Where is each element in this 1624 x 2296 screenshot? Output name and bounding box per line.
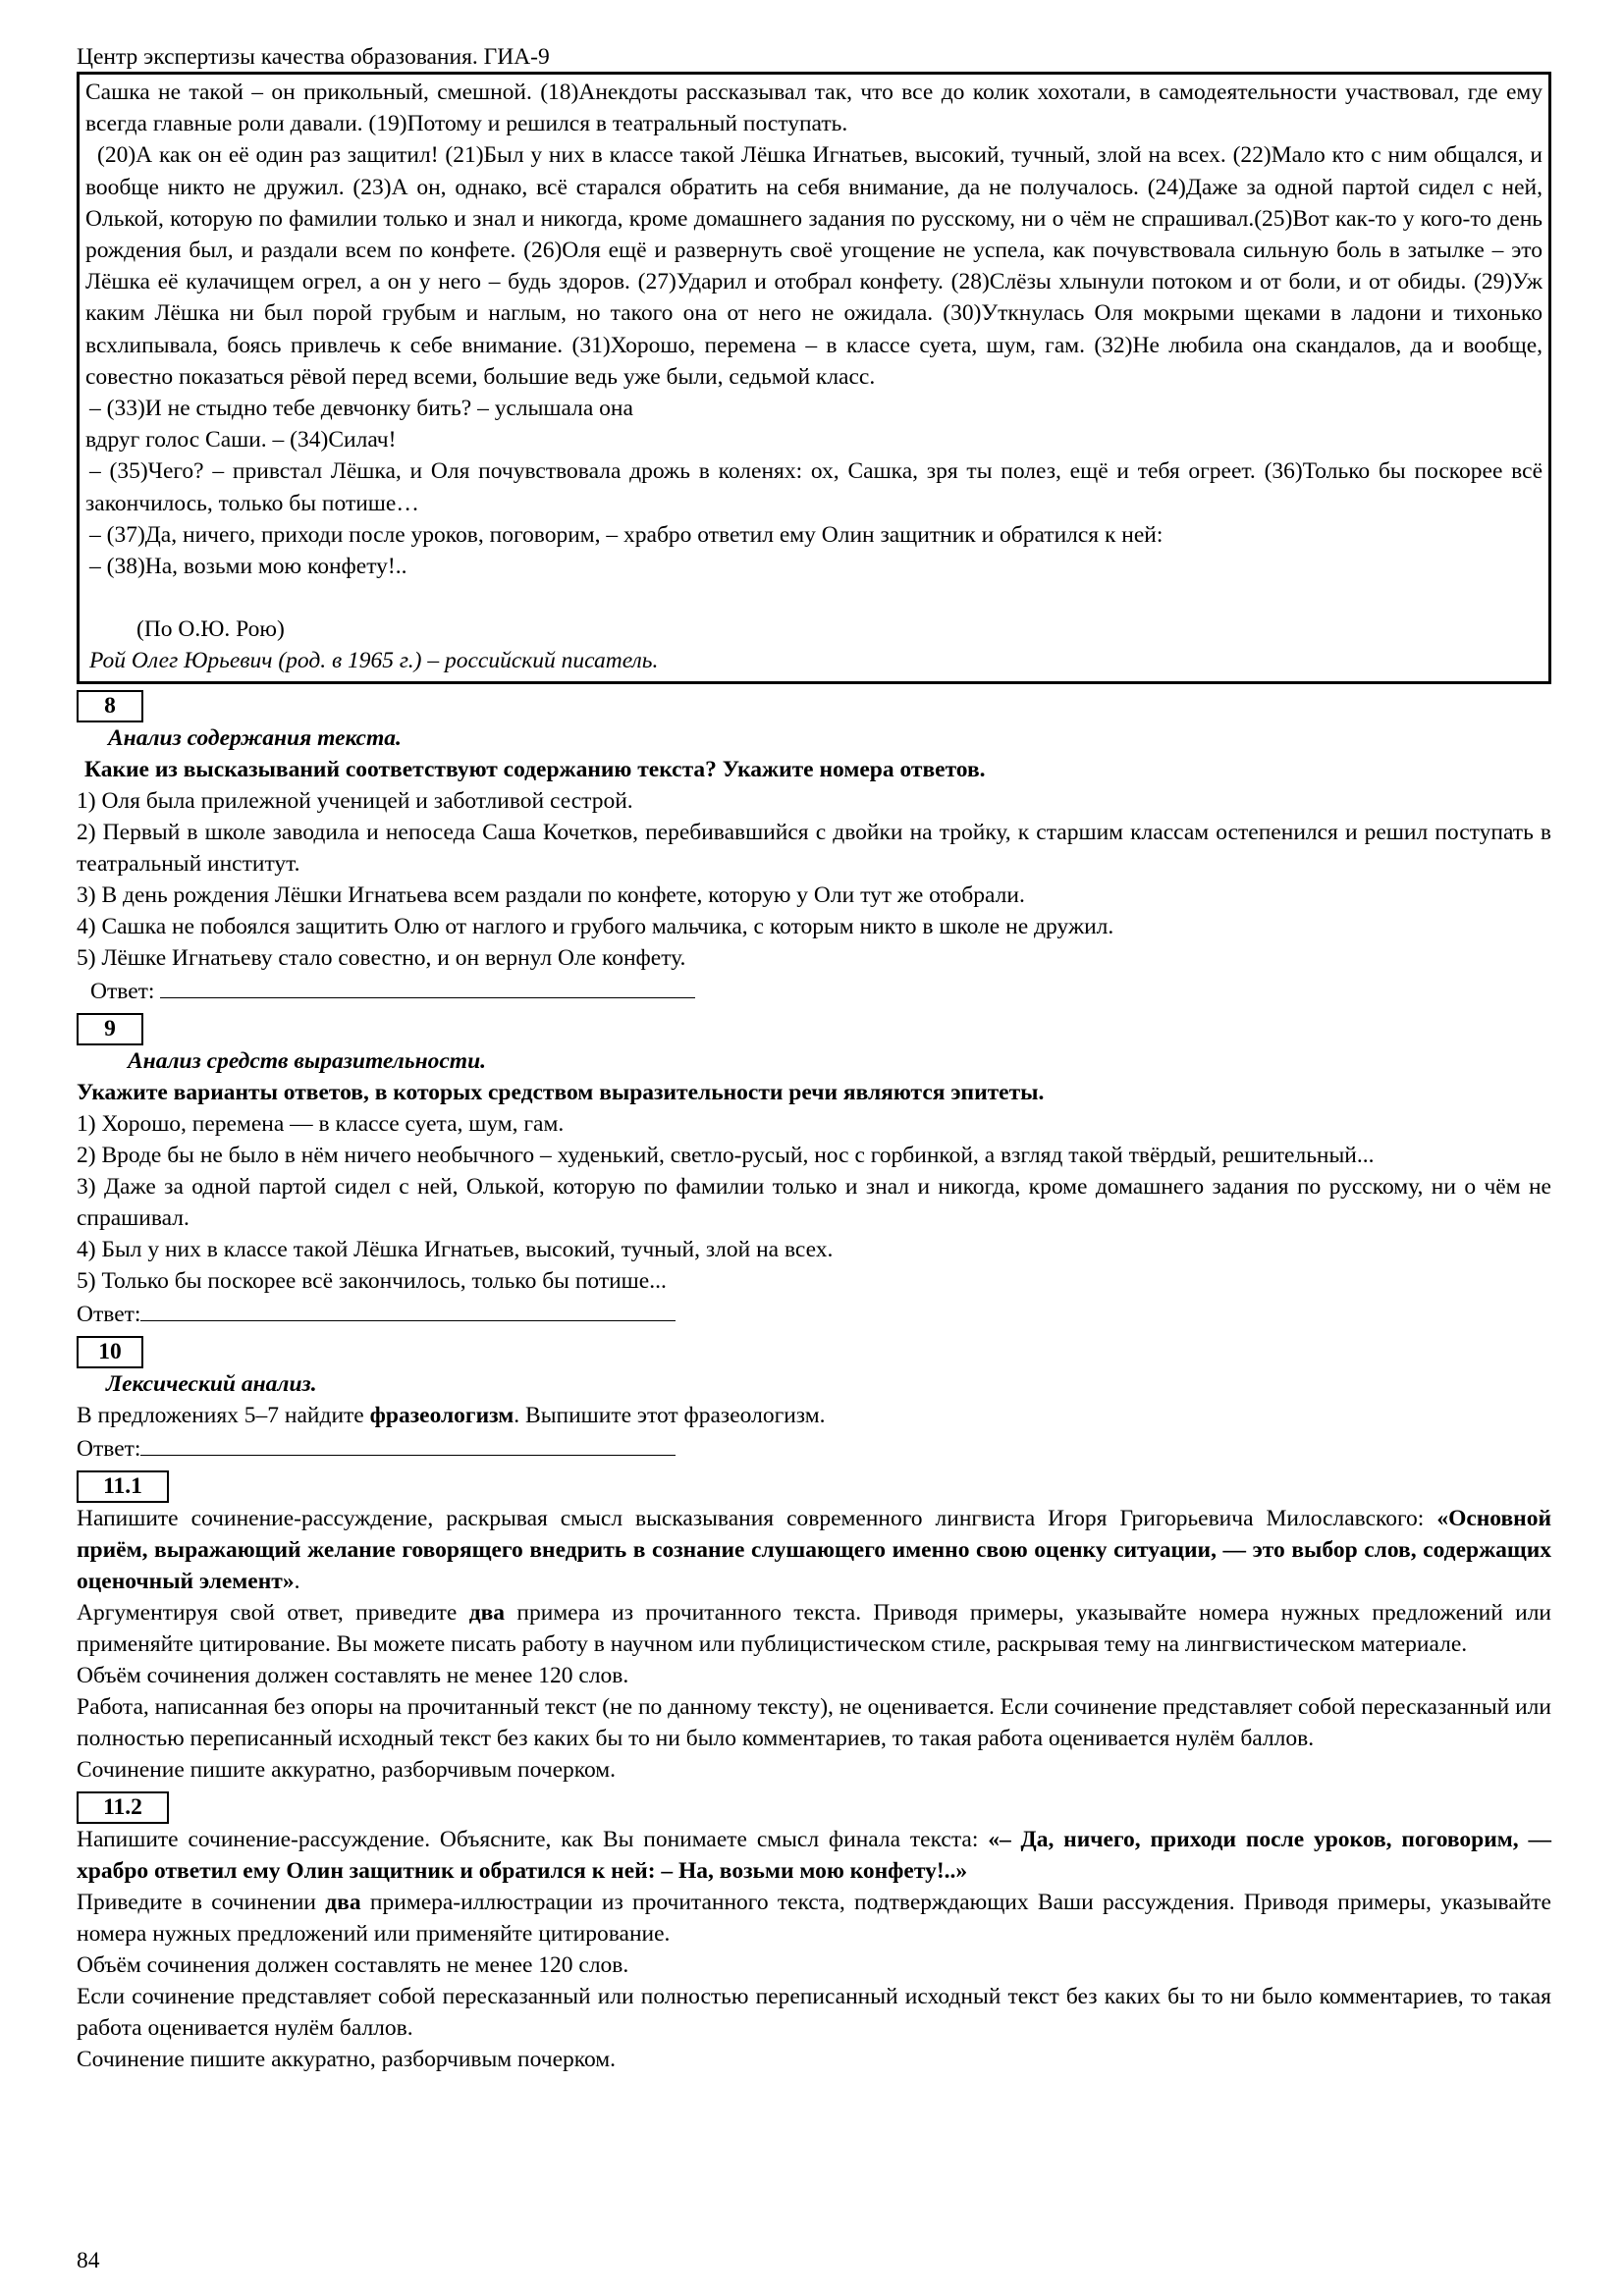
text-paragraph: вдруг голос Саши. – (34)Силач! (85, 424, 1543, 455)
option-3: 3) Даже за одной партой сидел с ней, Оль… (77, 1171, 1551, 1234)
answer-row: Ответ: (77, 1297, 1551, 1330)
task-subtitle: Лексический анализ. (77, 1368, 1551, 1400)
answer-label: Ответ: (77, 1302, 140, 1327)
option-1: 1) Хорошо, перемена — в классе суета, шу… (77, 1108, 1551, 1140)
question-text: . Выпишите этот фразеологизм. (514, 1403, 825, 1428)
task-volume: Объём сочинения должен составлять не мен… (77, 1660, 1551, 1691)
answer-row: Ответ: (77, 974, 1551, 1007)
task-number-box: 8 (77, 690, 143, 722)
question-keyword: фразеологизм (370, 1403, 514, 1428)
option-2: 2) Первый в школе заводила и непоседа Са… (77, 817, 1551, 880)
arg-keyword: два (469, 1600, 505, 1626)
answer-row: Ответ: (77, 1431, 1551, 1465)
task-number-box: 9 (77, 1013, 143, 1045)
task-examples: Приведите в сочинении два примера-иллюст… (77, 1887, 1551, 1949)
task-handwriting: Сочинение пишите аккуратно, разборчивым … (77, 2044, 1551, 2075)
author-note: Рой Олег Юрьевич (род. в 1965 г.) – росс… (85, 645, 1543, 676)
task-11-1: 11.1 Напишите сочинение-рассуждение, рас… (77, 1465, 1551, 1786)
task-subtitle: Анализ содержания текста. (77, 722, 1551, 754)
document-page: Центр экспертизы качества образования. Г… (77, 43, 1551, 2075)
text-paragraph: – (33)И не стыдно тебе девчонку бить? – … (85, 393, 1543, 424)
text-paragraph: – (38)На, возьми мою конфету!.. (85, 551, 1543, 582)
task-volume: Объём сочинения должен составлять не мен… (77, 1949, 1551, 1981)
task-8: 8 Анализ содержания текста. Какие из выс… (77, 684, 1551, 1007)
task-number-box: 11.2 (77, 1791, 169, 1824)
answer-label: Ответ: (77, 1436, 140, 1462)
option-4: 4) Сашка не побоялся защитить Олю от наг… (77, 911, 1551, 942)
task-rule: Если сочинение представляет собой переск… (77, 1981, 1551, 2044)
task-question: Укажите варианты ответов, в которых сред… (77, 1077, 1551, 1108)
ex-keyword: два (325, 1890, 360, 1915)
source-text-box: Сашка не такой – он прикольный, смешной.… (77, 72, 1551, 684)
option-5: 5) Лёшке Игнатьеву стало совестно, и он … (77, 942, 1551, 974)
task-11-2: 11.2 Напишите сочинение-рассуждение. Объ… (77, 1786, 1551, 2075)
task-subtitle: Анализ средств выразительности. (77, 1045, 1551, 1077)
answer-field[interactable] (140, 1297, 676, 1321)
intro-text: Напишите сочинение-рассуждение. Объяснит… (77, 1827, 988, 1852)
page-header: Центр экспертизы качества образования. Г… (77, 43, 1551, 71)
task-intro: Напишите сочинение-рассуждение. Объяснит… (77, 1824, 1551, 1887)
text-paragraph: – (35)Чего? – привстал Лёшка, и Оля почу… (85, 455, 1543, 518)
task-rule: Работа, написанная без опоры на прочитан… (77, 1691, 1551, 1754)
option-2: 2) Вроде бы не было в нём ничего необычн… (77, 1140, 1551, 1171)
question-text: В предложениях 5–7 найдите (77, 1403, 370, 1428)
task-question: В предложениях 5–7 найдите фразеологизм.… (77, 1400, 1551, 1431)
task-intro: Напишите сочинение-рассуждение, раскрыва… (77, 1503, 1551, 1597)
page-number: 84 (77, 2248, 100, 2274)
task-handwriting: Сочинение пишите аккуратно, разборчивым … (77, 1754, 1551, 1786)
option-1: 1) Оля была прилежной ученицей и заботли… (77, 785, 1551, 817)
task-10: 10 Лексический анализ. В предложениях 5–… (77, 1330, 1551, 1465)
answer-field[interactable] (140, 1431, 676, 1456)
task-number-box: 10 (77, 1336, 143, 1368)
task-question: Какие из высказываний соответствуют соде… (77, 754, 1551, 785)
task-number-box: 11.1 (77, 1470, 169, 1503)
ex-text: Приведите в сочинении (77, 1890, 325, 1915)
option-4: 4) Был у них в классе такой Лёшка Игнать… (77, 1234, 1551, 1265)
spacer (85, 582, 1543, 614)
option-3: 3) В день рождения Лёшки Игнатьева всем … (77, 880, 1551, 911)
answer-field[interactable] (160, 974, 695, 998)
option-5: 5) Только бы поскорее всё закончилось, т… (77, 1265, 1551, 1297)
text-paragraph: – (37)Да, ничего, приходи после уроков, … (85, 519, 1543, 551)
task-arguments: Аргументируя свой ответ, приведите два п… (77, 1597, 1551, 1660)
arg-text: Аргументируя свой ответ, приведите (77, 1600, 469, 1626)
text-paragraph: (20)А как он её один раз защитил! (21)Бы… (85, 139, 1543, 393)
intro-text: . (295, 1569, 300, 1594)
task-9: 9 Анализ средств выразительности. Укажит… (77, 1007, 1551, 1330)
answer-label: Ответ: (90, 979, 154, 1004)
intro-text: Напишите сочинение-рассуждение, раскрыва… (77, 1506, 1436, 1531)
text-paragraph: Сашка не такой – он прикольный, смешной.… (85, 77, 1543, 139)
text-source: (По О.Ю. Рою) (85, 614, 1543, 645)
